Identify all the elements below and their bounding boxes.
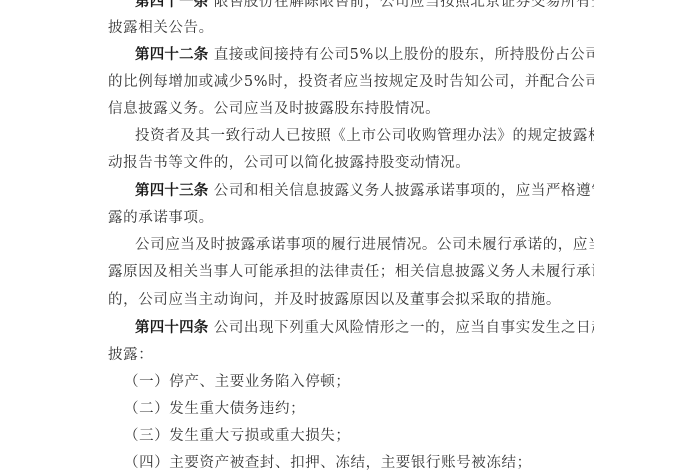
- article-41-text: 限售股份在解除限售前，公司应当按照北京证券交易所有关规定: [214, 0, 594, 10]
- article-42-heading: 第四十二条: [135, 46, 209, 63]
- article-44-text: 公司出现下列重大风险情形之一的，应当自事实发生之日起及时: [214, 320, 594, 336]
- list-item-1: （一）停产、主要业务陷入停顿；: [124, 372, 610, 392]
- article-43-para2-line-3: 的，公司应当主动询问，并及时披露原因以及董事会拟采取的措施。: [108, 290, 594, 310]
- article-42-para2-line-2: 动报告书等文件的，公司可以简化披露持股变动情况。: [108, 153, 594, 173]
- article-41-heading: 第四十一条: [135, 0, 209, 10]
- article-43-para2-line-1: 公司应当及时披露承诺事项的履行进展情况。公司未履行承诺的，应当及时披: [135, 235, 594, 255]
- article-44-heading: 第四十四条: [135, 319, 209, 336]
- article-43-text: 公司和相关信息披露义务人披露承诺事项的，应当严格遵守其披: [214, 183, 594, 199]
- article-43-para2-line-2: 露原因及相关当事人可能承担的法律责任；相关信息披露义务人未履行承诺: [108, 262, 594, 282]
- article-44-line-2: 披露：: [108, 345, 594, 365]
- article-43-line-1: 第四十三条 公司和相关信息披露义务人披露承诺事项的，应当严格遵守其披: [135, 181, 594, 201]
- article-41-line-2: 披露相关公告。: [108, 18, 594, 38]
- article-43-line-2: 露的承诺事项。: [108, 208, 594, 228]
- article-42-para2-line-1: 投资者及其一致行动人已按照《上市公司收购管理办法》的规定披露权益变: [135, 126, 594, 146]
- article-41-line-1: 第四十一条 限售股份在解除限售前，公司应当按照北京证券交易所有关规定: [135, 0, 594, 12]
- list-item-4: （四）主要资产被查封、扣押、冻结，主要银行账号被冻结；: [124, 453, 610, 470]
- article-43-heading: 第四十三条: [135, 182, 209, 199]
- list-item-2: （二）发生重大债务违约；: [124, 399, 610, 419]
- article-44-line-1: 第四十四条 公司出现下列重大风险情形之一的，应当自事实发生之日起及时: [135, 318, 594, 338]
- article-42-text: 直接或间接持有公司5%以上股份的股东，所持股份占公司总股本: [214, 47, 594, 63]
- article-42-line-3: 信息披露义务。公司应当及时披露股东持股情况。: [108, 99, 594, 119]
- article-42-line-2: 的比例每增加或减少5%时，投资者应当按规定及时告知公司，并配合公司履行: [108, 72, 594, 92]
- list-item-3: （三）发生重大亏损或重大损失；: [124, 426, 610, 446]
- document-page: 第四十一条 限售股份在解除限售前，公司应当按照北京证券交易所有关规定 披露相关公…: [0, 0, 700, 470]
- article-42-line-1: 第四十二条 直接或间接持有公司5%以上股份的股东，所持股份占公司总股本: [135, 45, 594, 65]
